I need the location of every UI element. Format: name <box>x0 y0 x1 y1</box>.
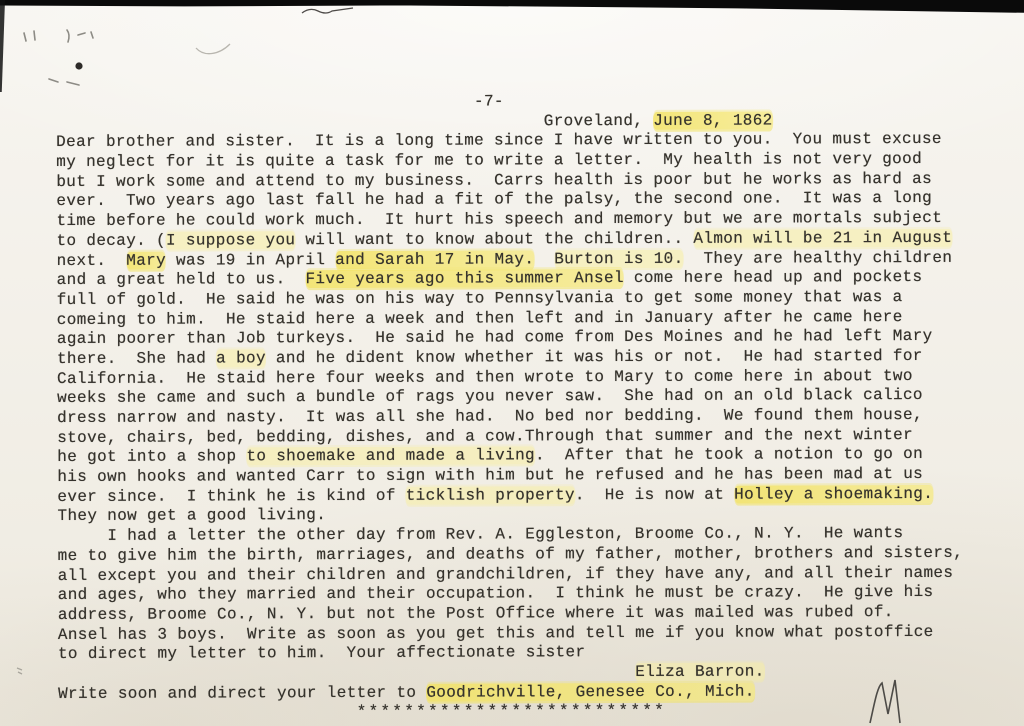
letter-text-segment: address, Broome Co., N. Y. but not the P… <box>58 603 894 624</box>
letter-text-segment: Write soon and direct your letter to <box>58 683 426 702</box>
highlighted-text: Goodrichville, Genesee Co., Mich. <box>426 682 754 701</box>
letter-text-segment: was 19 in April <box>166 251 335 270</box>
pencil-curl-mark <box>193 38 235 60</box>
pencil-mark-lower-left <box>15 664 31 676</box>
letter-text-segment: to direct my letter to him. Your affecti… <box>58 643 585 663</box>
letter-text-segment: stove, chairs, bed, bedding, dishes, and… <box>57 426 913 447</box>
highlighted-text: Almon will be 21 in August <box>693 229 952 248</box>
letter-text-segment: to decay. ( <box>56 231 166 249</box>
letter-text-segment: . After that he took a notion to go on <box>535 445 923 464</box>
letter-text-segment: They now get a good living. <box>57 506 326 525</box>
letter-text-segment: They are healthy children <box>684 248 953 267</box>
letter-text-segment: dress narrow and nasty. It was all she h… <box>57 406 923 427</box>
letter-text-segment: ever since. I think he is kind of <box>57 487 405 506</box>
highlighted-text: Eliza Barron. <box>635 662 764 680</box>
letter-text-segment: next. <box>57 251 127 269</box>
scanned-letter: -7- Groveland, June 8, 1862Dear brother … <box>0 0 1024 726</box>
letter-line: ************************** <box>58 701 998 724</box>
letter-text-segment: full of gold. He said he was on his way … <box>57 288 903 309</box>
letter-line: ever since. I think he is kind of tickli… <box>57 484 997 507</box>
highlighted-text: ticklish property <box>406 486 575 505</box>
highlighted-text: Holley a shoemaking. <box>734 485 933 504</box>
letter-text: -7- Groveland, June 8, 1862Dear brother … <box>56 91 998 724</box>
highlighted-text: June 8, 1862 <box>653 111 772 129</box>
letter-text-segment: . He is now at <box>575 485 734 504</box>
letter-text-segment: there. She had <box>57 349 216 368</box>
letter-text-segment <box>534 250 554 268</box>
highlighted-text: to shoemake and made a living <box>246 447 535 466</box>
letter-text-segment: -7- <box>474 92 504 110</box>
letter-text-segment: Groveland, <box>544 112 654 130</box>
letter-line: Ansel has 3 boys. Write as soon as you g… <box>58 622 998 645</box>
letter-text-segment: again poorer than Job turkeys. He said h… <box>57 327 933 348</box>
letter-text-segment: and he dident know whether it was his or… <box>266 347 923 367</box>
letter-text-segment: but I work some and attend to my busines… <box>56 170 932 191</box>
letter-text-segment: my neglect for it is quite a task for me… <box>56 150 922 171</box>
highlighted-text: a boy <box>216 349 266 367</box>
highlighted-text: and Sarah 17 in May. <box>335 250 534 269</box>
highlighted-text: I suppose you <box>166 231 295 249</box>
letter-text-segment: his own hooks and wanted Carr to sign wi… <box>57 465 923 486</box>
scanner-edge-bar <box>0 0 1024 16</box>
pencil-marks-top-left <box>15 22 145 92</box>
letter-text-segment: he got into a shop <box>57 448 246 467</box>
letter-text-segment: ever. Two years ago last fall he had a f… <box>56 189 932 210</box>
letter-text-segment: California. He staid here four weeks and… <box>57 367 913 388</box>
letter-text-segment: me to give him the birth, marriages, and… <box>58 544 964 565</box>
letter-text-segment: Dear brother and sister. It is a long ti… <box>56 130 942 151</box>
letter-text-segment: Ansel has 3 boys. Write as soon as you g… <box>58 623 934 644</box>
letter-text-segment: and a great held to us. <box>57 270 306 289</box>
highlighted-text: Five years ago this summer Ansel <box>305 269 624 288</box>
letter-text-segment: weeks she came and such a bundle of rags… <box>57 386 923 407</box>
letter-text-segment: time before he could work much. It hurt … <box>56 209 942 230</box>
ink-dot <box>75 62 82 69</box>
letter-text-segment: and ages, who they married and their occ… <box>58 583 934 604</box>
letter-text-segment: come here head up and pockets <box>624 268 923 287</box>
letter-text-segment: I had a letter the other day from Rev. A… <box>107 524 903 545</box>
highlighted-text: Burton is 10. <box>554 249 683 267</box>
letter-text-segment: all except you and their children and gr… <box>58 563 954 584</box>
scanner-edge-left <box>0 0 5 92</box>
letter-text-segment: will want to know about the children.. <box>295 230 693 249</box>
letter-text-segment: ************************** <box>357 702 667 721</box>
highlighted-text: Mary <box>126 251 166 269</box>
pen-squiggle-top <box>300 4 356 18</box>
letter-text-segment: comeing to him. He staid here a week and… <box>57 308 903 329</box>
